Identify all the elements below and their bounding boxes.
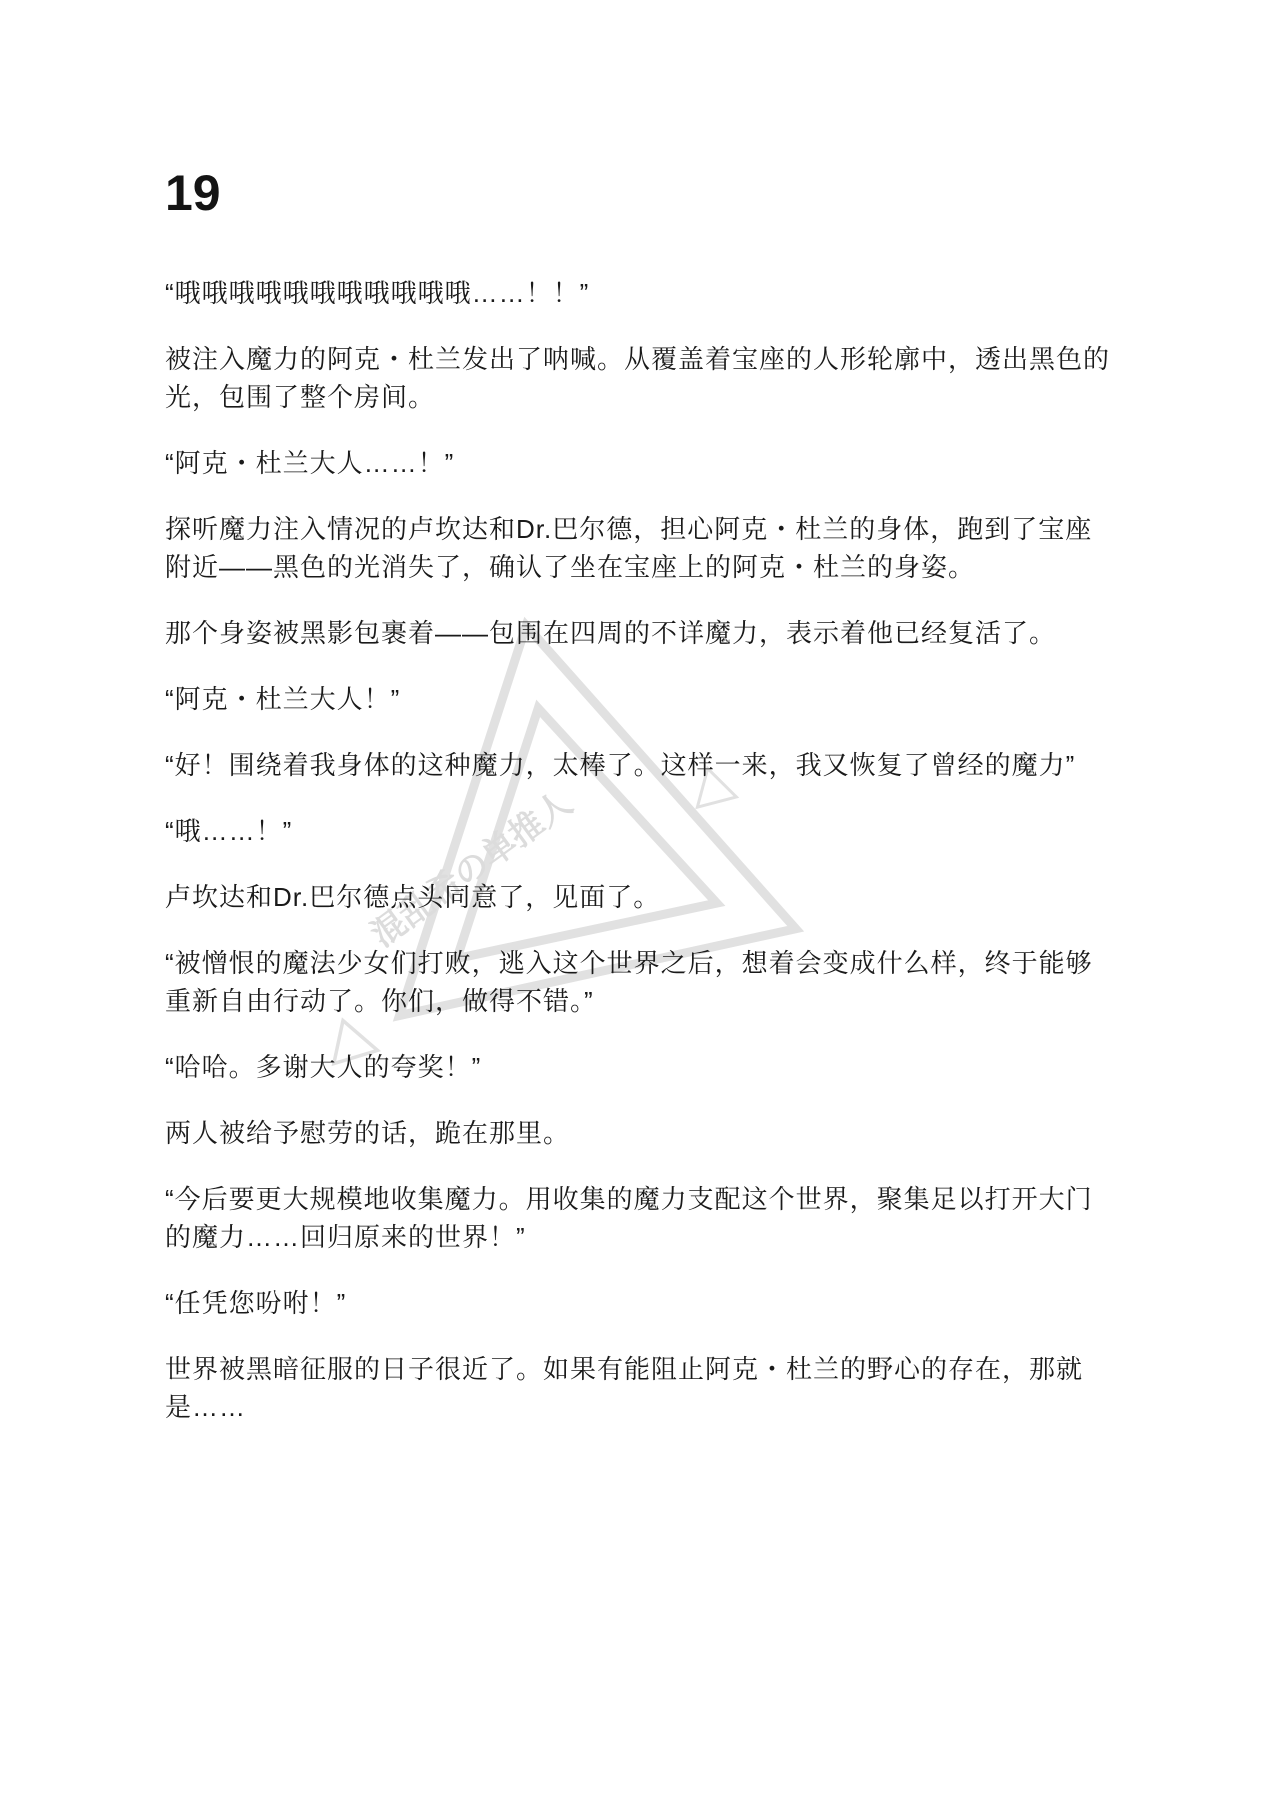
paragraph-list: “哦哦哦哦哦哦哦哦哦哦哦……！！”被注入魔力的阿克・杜兰发出了呐喊。从覆盖着宝座… (165, 274, 1117, 1426)
paragraph: “哦……！” (165, 812, 1117, 850)
paragraph: 被注入魔力的阿克・杜兰发出了呐喊。从覆盖着宝座的人形轮廓中，透出黑色的光，包围了… (165, 340, 1117, 416)
paragraph: “阿克・杜兰大人……！” (165, 444, 1117, 482)
paragraph: “任凭您吩咐！” (165, 1284, 1117, 1322)
paragraph: 卢坎达和Dr.巴尔德点头同意了，见面了。 (165, 878, 1117, 916)
paragraph: “被憎恨的魔法少女们打败，逃入这个世界之后，想着会变成什么样，终于能够重新自由行… (165, 944, 1117, 1020)
paragraph: 世界被黑暗征服的日子很近了。如果有能阻止阿克・杜兰的野心的存在，那就是…… (165, 1350, 1117, 1426)
paragraph: “好！围绕着我身体的这种魔力，太棒了。这样一来，我又恢复了曾经的魔力” (165, 746, 1117, 784)
page-content: 19 “哦哦哦哦哦哦哦哦哦哦哦……！！”被注入魔力的阿克・杜兰发出了呐喊。从覆盖… (0, 0, 1280, 1426)
paragraph: 那个身姿被黑影包裹着——包围在四周的不详魔力，表示着他已经复活了。 (165, 614, 1117, 652)
paragraph: 两人被给予慰劳的话，跪在那里。 (165, 1114, 1117, 1152)
document-page: 混乱希の单推人 19 “哦哦哦哦哦哦哦哦哦哦哦……！！”被注入魔力的阿克・杜兰发… (0, 0, 1280, 1810)
paragraph: “今后要更大规模地收集魔力。用收集的魔力支配这个世界，聚集足以打开大门的魔力……… (165, 1180, 1117, 1256)
paragraph: “阿克・杜兰大人！” (165, 680, 1117, 718)
chapter-number-heading: 19 (165, 168, 1117, 218)
paragraph: “哈哈。多谢大人的夸奖！” (165, 1048, 1117, 1086)
paragraph: “哦哦哦哦哦哦哦哦哦哦哦……！！” (165, 274, 1117, 312)
paragraph: 探听魔力注入情况的卢坎达和Dr.巴尔德，担心阿克・杜兰的身体，跑到了宝座附近——… (165, 510, 1117, 586)
